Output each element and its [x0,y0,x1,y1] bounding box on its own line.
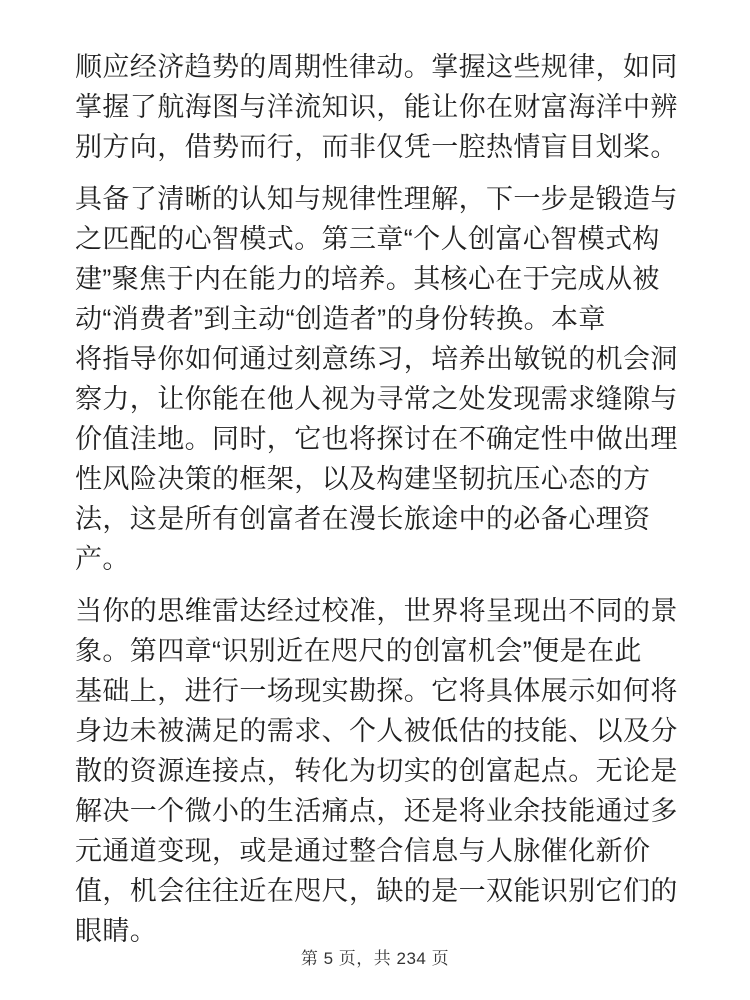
text-line: 元通道变现，或是通过整合信息与人脉催化新价 [75,831,687,871]
text-line: 值，机会往往近在咫尺，缺的是一双能识别它们的 [75,871,687,911]
text-line: 别方向，借势而行，而非仅凭一腔热情盲目划桨。 [75,127,687,167]
document-page: 顺应经济趋势的周期性律动。掌握这些规律，如同掌握了航海图与洋流知识，能让你在财富… [0,0,750,1000]
paragraph: 顺应经济趋势的周期性律动。掌握这些规律，如同掌握了航海图与洋流知识，能让你在财富… [75,47,687,167]
text-line: 将指导你如何通过刻意练习，培养出敏锐的机会洞 [75,339,687,379]
text-line: 散的资源连接点，转化为切实的创富起点。无论是 [75,751,687,791]
text-line: 建”聚焦于内在能力的培养。其核心在于完成从被 [75,259,687,299]
text-line: 身边未被满足的需求、个人被低估的技能、以及分 [75,711,687,751]
text-line: 法，这是所有创富者在漫长旅途中的必备心理资 [75,499,687,539]
text-line: 察力，让你能在他人视为寻常之处发现需求缝隙与 [75,379,687,419]
text-line: 具备了清晰的认知与规律性理解，下一步是锻造与 [75,179,687,219]
text-line: 当你的思维雷达经过校准，世界将呈现出不同的景 [75,591,687,631]
text-line: 动“消费者”到主动“创造者”的身份转换。本章 [75,299,687,339]
page-text-content: 顺应经济趋势的周期性律动。掌握这些规律，如同掌握了航海图与洋流知识，能让你在财富… [75,47,687,963]
text-line: 性风险决策的框架，以及构建坚韧抗压心态的方 [75,459,687,499]
text-line: 解决一个微小的生活痛点，还是将业余技能通过多 [75,791,687,831]
text-line: 产。 [75,539,687,579]
text-line: 之匹配的心智模式。第三章“个人创富心智模式构 [75,219,687,259]
paragraph: 当你的思维雷达经过校准，世界将呈现出不同的景象。第四章“识别近在咫尺的创富机会”… [75,591,687,951]
text-line: 基础上，进行一场现实勘探。它将具体展示如何将 [75,671,687,711]
text-line: 掌握了航海图与洋流知识，能让你在财富海洋中辨 [75,87,687,127]
text-line: 顺应经济趋势的周期性律动。掌握这些规律，如同 [75,47,687,87]
page-number-indicator: 第 5 页，共 234 页 [0,944,750,969]
text-line: 象。第四章“识别近在咫尺的创富机会”便是在此 [75,631,687,671]
paragraph: 具备了清晰的认知与规律性理解，下一步是锻造与之匹配的心智模式。第三章“个人创富心… [75,179,687,579]
text-line: 价值洼地。同时，它也将探讨在不确定性中做出理 [75,419,687,459]
